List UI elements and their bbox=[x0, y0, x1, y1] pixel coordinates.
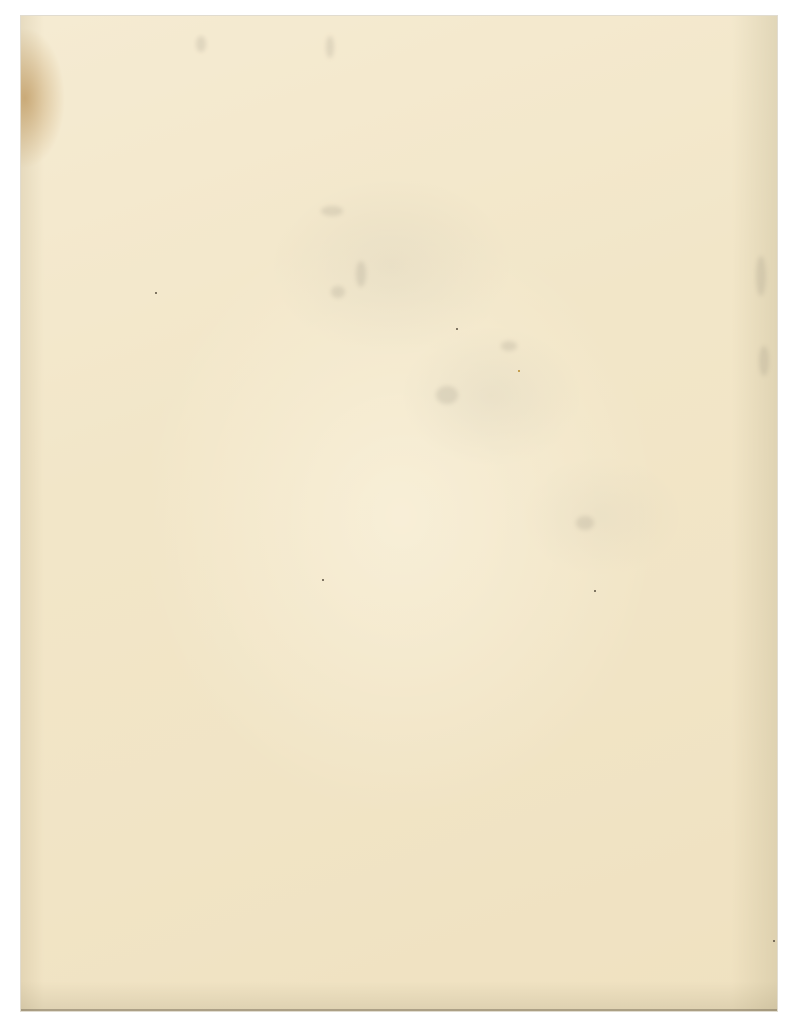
smudge-mark bbox=[576, 516, 594, 530]
smudge-mark bbox=[436, 386, 458, 404]
speck-mark bbox=[155, 292, 157, 294]
smudge-mark bbox=[356, 261, 366, 287]
speck-mark bbox=[773, 940, 775, 942]
smudge-mark bbox=[326, 36, 334, 58]
blank-paper-sheet bbox=[21, 16, 777, 1011]
speck-mark bbox=[594, 590, 596, 592]
paper-bottom-edge bbox=[21, 1009, 777, 1011]
smudge-mark bbox=[321, 206, 343, 216]
smudge-mark bbox=[501, 341, 517, 351]
canvas-background bbox=[0, 0, 800, 1032]
smudge-mark bbox=[756, 256, 766, 296]
smudge-mark bbox=[331, 286, 345, 298]
speck-mark bbox=[456, 328, 458, 330]
rust-speck-mark bbox=[518, 370, 520, 372]
speck-mark bbox=[322, 579, 324, 581]
smudge-mark bbox=[759, 346, 769, 376]
smudge-mark bbox=[196, 36, 206, 52]
